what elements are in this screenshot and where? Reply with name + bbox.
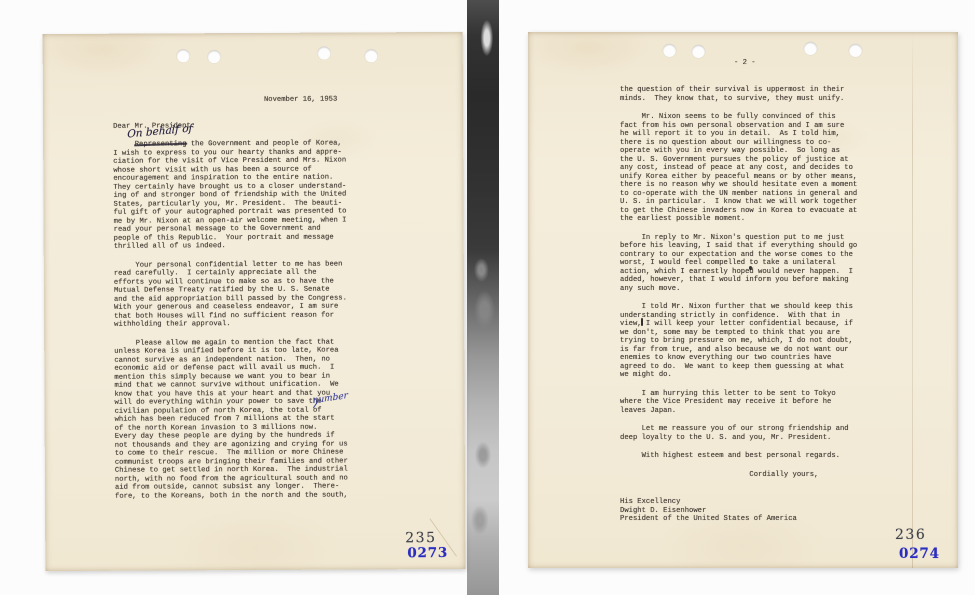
archive-page-number-stamp: 235 bbox=[405, 530, 436, 546]
page-number-header: - 2 - bbox=[734, 59, 756, 68]
letter-page-2: - 2 - the question of their survival is … bbox=[528, 32, 958, 568]
punch-hole bbox=[849, 44, 862, 57]
letter-paragraph: Representing the Government and people o… bbox=[113, 140, 346, 252]
letter-paragraph: I told Mr. Nixon further that we should … bbox=[620, 303, 857, 380]
letter-paragraph: Let me reassure you of our strong friend… bbox=[620, 425, 857, 442]
ink-blot bbox=[641, 318, 643, 326]
archive-folio-number-stamp: 0274 bbox=[899, 546, 940, 562]
recipient-address-block: His Excellency Dwight D. Eisenhower Pres… bbox=[620, 498, 857, 524]
letter-date: November 16, 1953 bbox=[264, 96, 337, 105]
document-scan-view: November 16, 1953 Dear Mr. President: Re… bbox=[0, 0, 975, 595]
punch-hole bbox=[208, 50, 221, 63]
punch-hole bbox=[318, 47, 331, 60]
letter-paragraph: With highest esteem and best personal re… bbox=[620, 452, 857, 461]
punch-hole bbox=[663, 44, 676, 57]
paper-crease bbox=[912, 32, 913, 568]
letter-paragraph: Mr. Nixon seems to be fully convinced of… bbox=[620, 113, 857, 224]
letter-paragraph: the question of their survival is upperm… bbox=[620, 86, 857, 103]
letter-paragraph: I am hurrying this letter to be sent to … bbox=[620, 390, 857, 416]
punch-hole bbox=[365, 49, 378, 62]
letter-paragraph: Please allow me again to mention the fac… bbox=[114, 338, 348, 501]
letter-paragraph: Your personal confidential letter to me … bbox=[114, 260, 347, 329]
background-photograph-strip bbox=[467, 0, 499, 595]
letter-page-1: November 16, 1953 Dear Mr. President: Re… bbox=[43, 32, 466, 571]
archive-folio-number-stamp: 0273 bbox=[407, 545, 448, 561]
ink-blot bbox=[749, 266, 752, 270]
punch-hole bbox=[177, 49, 190, 62]
punch-hole bbox=[692, 45, 705, 58]
archive-page-number-stamp: 236 bbox=[895, 527, 926, 543]
punch-hole bbox=[804, 42, 817, 55]
closing-line: Cordially yours, bbox=[620, 471, 857, 480]
letter-paragraph: In reply to Mr. Nixon's question put to … bbox=[620, 234, 857, 294]
